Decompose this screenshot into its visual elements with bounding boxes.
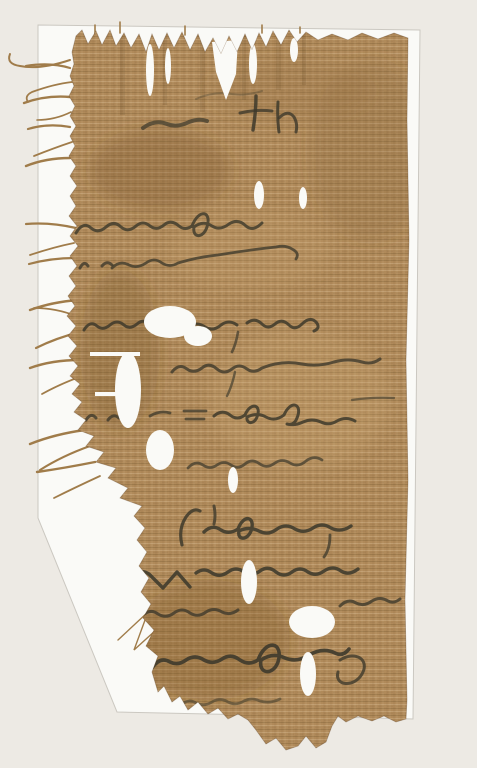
scan-canvas bbox=[0, 0, 477, 768]
papyrus-scan-image bbox=[0, 0, 477, 768]
